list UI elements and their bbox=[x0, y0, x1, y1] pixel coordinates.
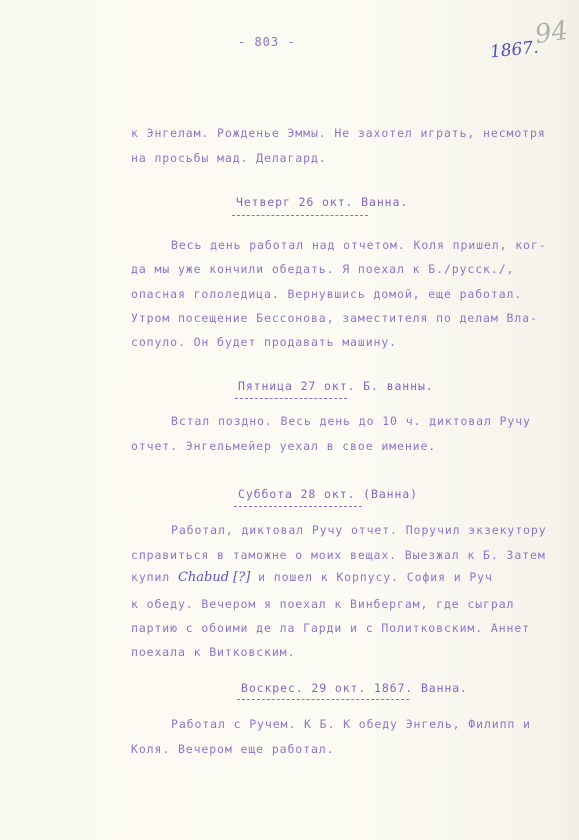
document-page: - 803 - 1867. 94 к Энгелам. Рожденье Эмм… bbox=[0, 0, 579, 840]
text-line: Работал, диктовал Ручу отчет. Поручил эк… bbox=[171, 523, 547, 537]
text-line: к Энгелам. Рожденье Эммы. Не захотел игр… bbox=[131, 126, 546, 140]
entry-heading-thursday: Четверг 26 окт. Ванна. bbox=[236, 195, 408, 209]
handwritten-folio-number: 94 bbox=[533, 16, 570, 50]
text-line: опасная гололедица. Вернувшись домой, ещ… bbox=[131, 287, 522, 301]
entry-heading-saturday: Суббота 28 окт. (Ванна) bbox=[238, 487, 418, 501]
text-line: отчет. Энгельмейер уехал в свое имение. bbox=[131, 439, 436, 453]
text-line: справиться в таможне о моих вещах. Выезж… bbox=[131, 548, 546, 562]
text-line: партию с обоими де ла Гарди и с Политков… bbox=[131, 621, 530, 635]
text-line: поехала к Витковским. bbox=[131, 645, 295, 659]
text-segment: купил bbox=[131, 570, 170, 584]
text-line-with-handwritten-insert: купил Chabud [?] и пошел к Корпусу. Софи… bbox=[131, 570, 493, 585]
entry-heading-sunday: Воскрес. 29 окт. 1867. Ванна. bbox=[241, 681, 468, 695]
entry-heading-friday: Пятница 27 окт. Б. ванны. bbox=[238, 379, 434, 393]
heading-underline bbox=[235, 398, 347, 399]
heading-underline bbox=[232, 215, 368, 216]
text-segment: и пошел к Корпусу. София и Руч bbox=[258, 570, 493, 584]
heading-underline bbox=[237, 699, 409, 700]
text-line: Утром посещение Бессонова, заместителя п… bbox=[131, 311, 538, 325]
text-line: на просьбы мад. Делагард. bbox=[131, 151, 327, 165]
text-line: сопуло. Он будет продавать машину. bbox=[131, 335, 397, 349]
text-line: Весь день работал над отчетом. Коля приш… bbox=[171, 238, 547, 252]
text-line: да мы уже кончили обедать. Я поехал к Б.… bbox=[131, 262, 514, 276]
text-line: Работал с Ручем. К Б. К обеду Энгель, Фи… bbox=[171, 717, 531, 731]
heading-underline bbox=[234, 506, 362, 507]
text-line: Встал поздно. Весь день до 10 ч. диктова… bbox=[171, 414, 531, 428]
handwritten-year-annotation: 1867. bbox=[489, 38, 539, 63]
handwritten-insert: Chabud [?] bbox=[178, 570, 250, 585]
text-line: Коля. Вечером еще работал. bbox=[131, 742, 334, 756]
text-line: к обеду. Вечером я поехал к Винбергам, г… bbox=[131, 597, 514, 611]
page-number: - 803 - bbox=[238, 35, 296, 49]
